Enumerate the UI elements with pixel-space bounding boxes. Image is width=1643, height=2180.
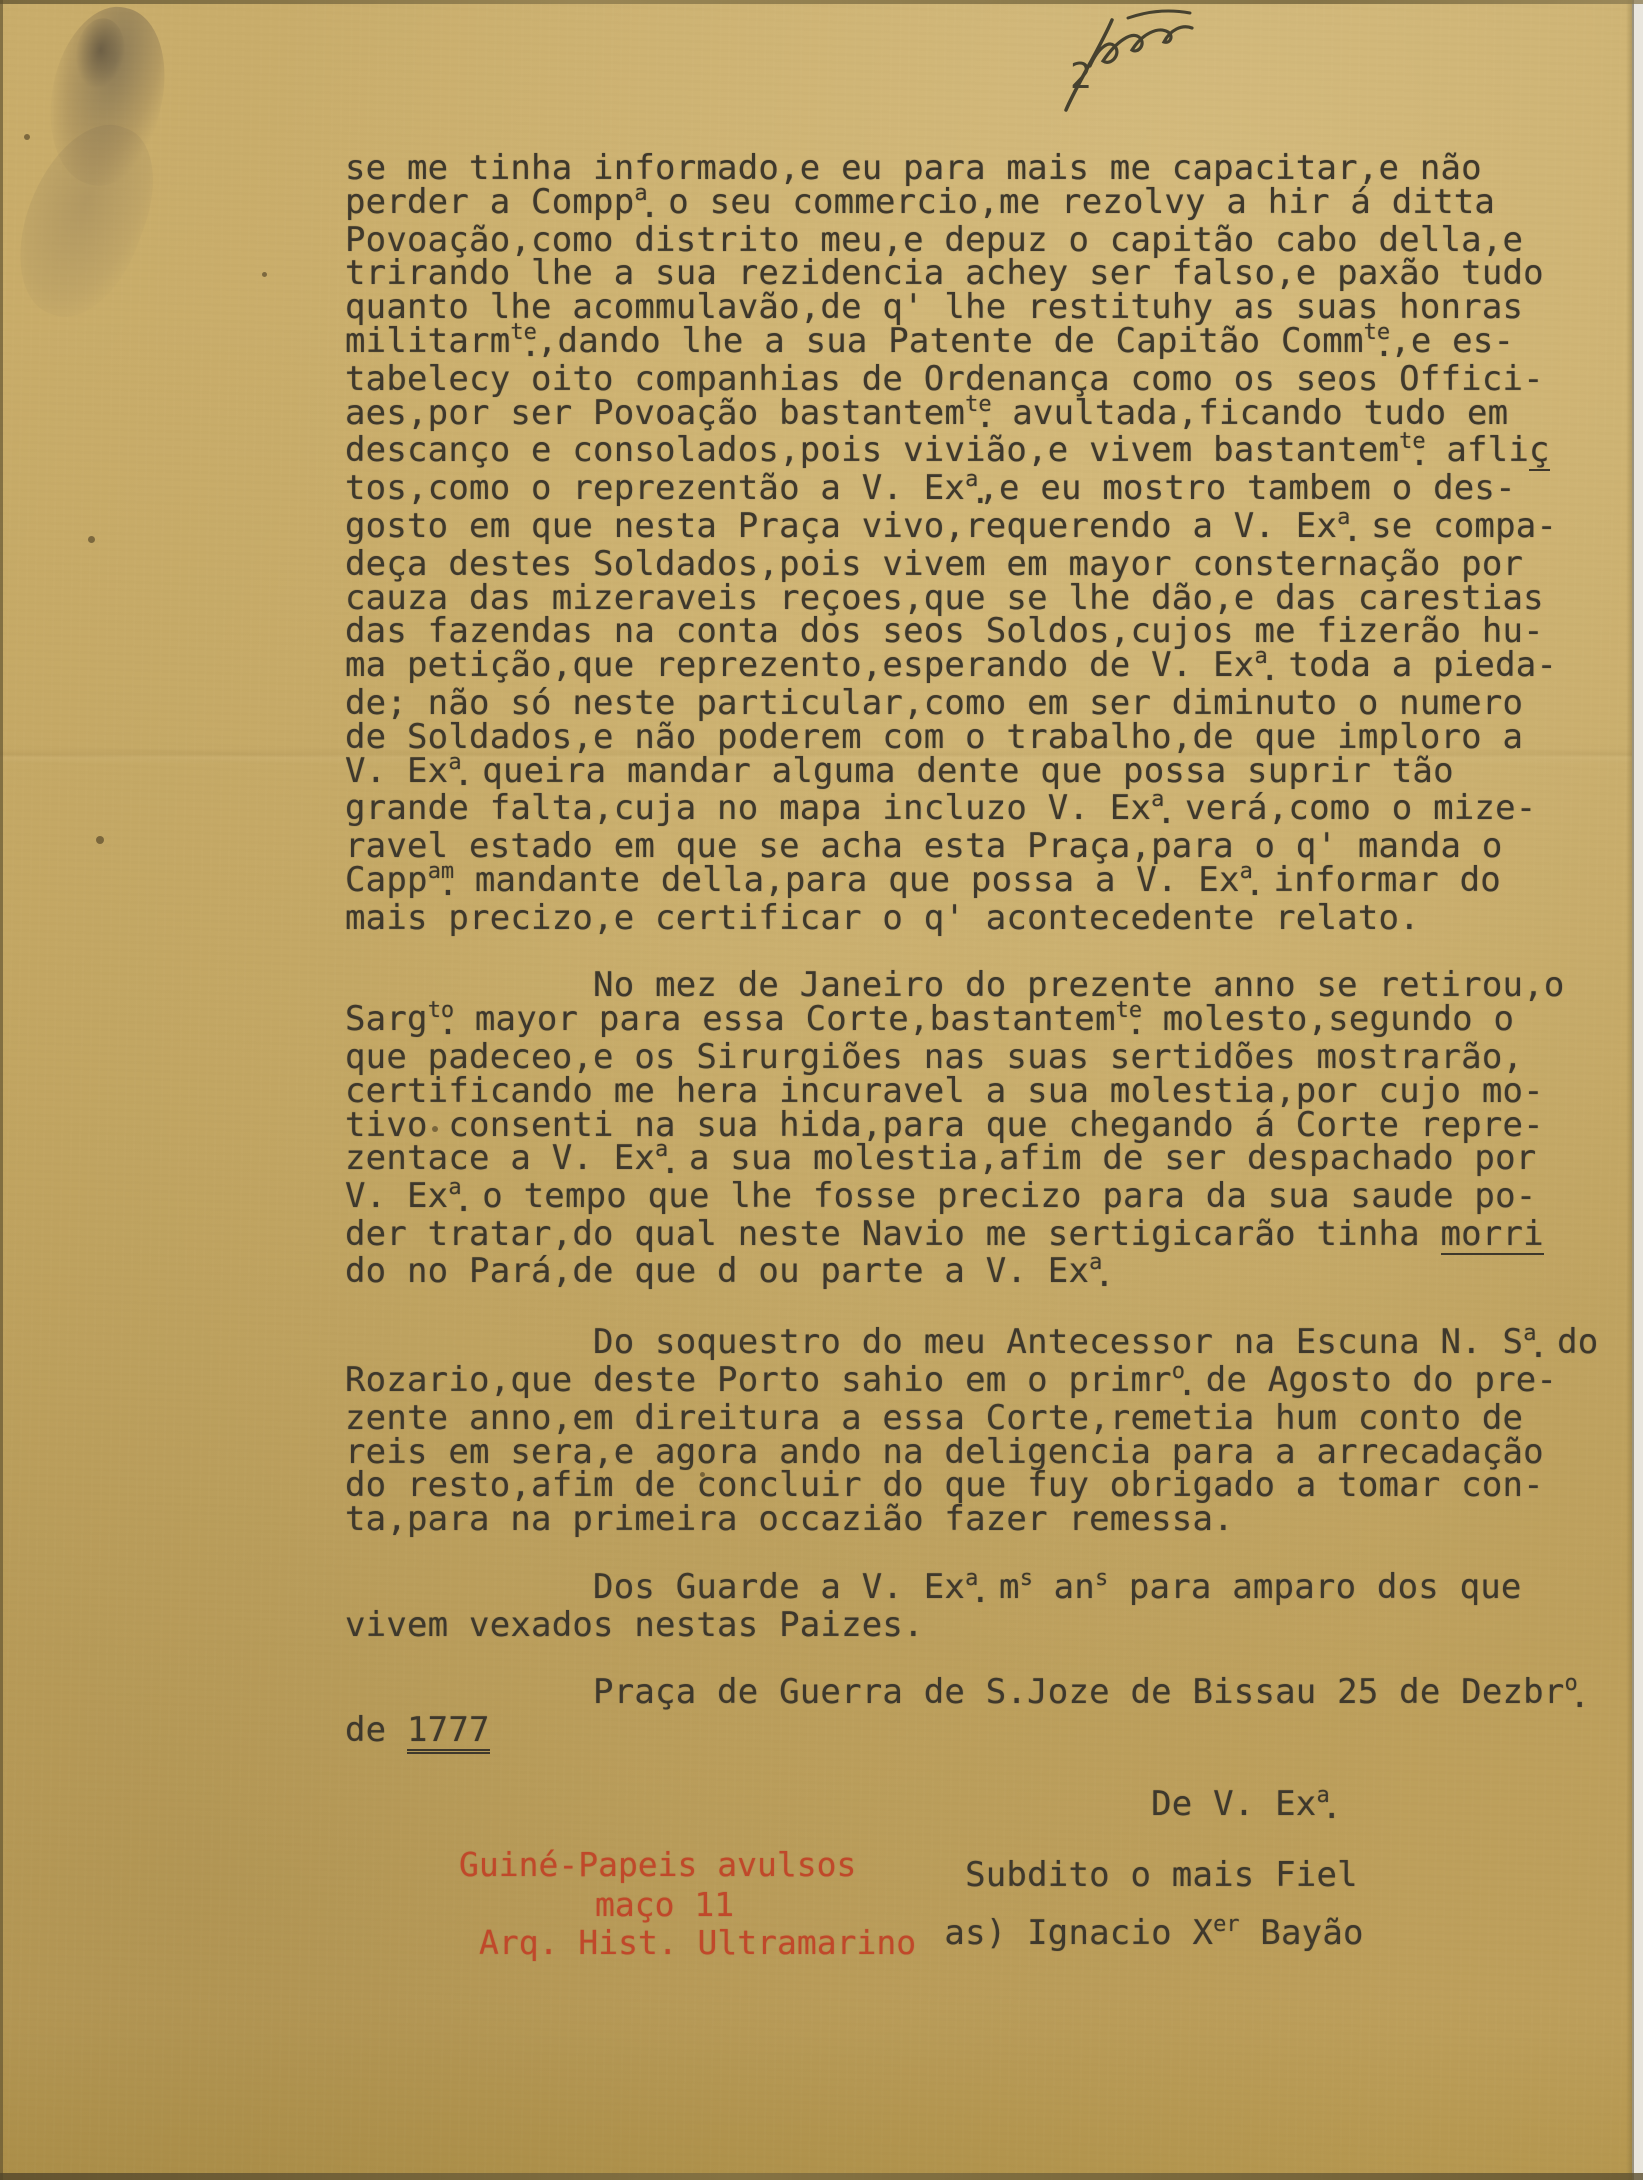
superscript: a. <box>1337 510 1350 548</box>
paragraph: se me tinha informado,e eu para mais me … <box>345 152 1643 936</box>
typed-line: que padeceo,e os Sirurgiões nas suas ser… <box>345 1041 1643 1075</box>
archive-stamp-line-2: maço 11 <box>595 1888 734 1922</box>
typed-line: De V. Exa. <box>345 1788 1643 1826</box>
typed-line: aes,por ser Povoação bastantemte. avulta… <box>345 397 1643 435</box>
paragraph: De V. Exa. <box>345 1788 1643 1826</box>
typed-line: do resto,afim de concluir do que fuy obr… <box>345 1469 1643 1503</box>
typed-line: Dos Guarde a V. Exa. ms ans para amparo … <box>345 1571 1643 1609</box>
superscript: a. <box>448 755 461 793</box>
paragraph: Do soquestro do meu Antecessor na Escuna… <box>345 1326 1643 1537</box>
typed-line: vivem vexados nestas Paizes. <box>345 1609 1643 1643</box>
typed-line: de; não só neste particular,como em ser … <box>345 687 1643 721</box>
paper-speck <box>88 536 95 543</box>
typed-line: No mez de Janeiro do prezente anno se re… <box>345 969 1643 1003</box>
pen-flourish-icon <box>1006 4 1201 119</box>
typed-line: Cappam. mandante della,para que possa a … <box>345 864 1643 902</box>
superscript: er <box>1213 1917 1240 1955</box>
typed-line: quanto lhe acommulavão,de q' lhe restitu… <box>345 291 1643 325</box>
superscript: to. <box>428 1003 455 1041</box>
superscript: a. <box>1089 1255 1102 1293</box>
paragraph: Dos Guarde a V. Exa. ms ans para amparo … <box>345 1571 1643 1643</box>
typed-line: deça destes Soldados,pois vivem em mayor… <box>345 548 1643 582</box>
scan-edge-top <box>0 0 1643 4</box>
archive-stamp-line-1: Guiné-Papeis avulsos <box>459 1848 856 1882</box>
folio-number: 2 <box>1070 56 1092 97</box>
typed-line: perder a Comppa. o seu commercio,me rezo… <box>345 186 1643 224</box>
superscript: a. <box>1151 792 1164 830</box>
typed-line: Praça de Guerra de S.Joze de Bissau 25 d… <box>345 1676 1643 1714</box>
typed-line: certificando me hera incuravel a sua mol… <box>345 1075 1643 1109</box>
superscript: te. <box>1116 1003 1143 1041</box>
typed-line: mais precizo,e certificar o q' aconteced… <box>345 902 1643 936</box>
document-page: 2 se me tinha informado,e eu para mais m… <box>0 0 1643 2180</box>
typed-line: militarmte.,dando lhe a sua Patente de C… <box>345 325 1643 363</box>
typed-line: de Soldados,e não poderem com o trabalho… <box>345 721 1643 755</box>
superscript: a. <box>634 186 647 224</box>
typed-line: Sargto. mayor para essa Corte,bastantemt… <box>345 1003 1643 1041</box>
superscript: a. <box>1316 1788 1329 1826</box>
superscript: te. <box>510 325 537 363</box>
superscript: te. <box>965 397 992 435</box>
superscript: te. <box>1399 434 1426 472</box>
superscript: a. <box>1254 649 1267 687</box>
typed-line: grande falta,cuja no mapa incluzo V. Exa… <box>345 792 1643 830</box>
typed-line: Rozario,que deste Porto sahio em o primr… <box>345 1364 1643 1402</box>
paper-speck <box>262 272 267 277</box>
typed-line: de 1777 <box>345 1714 1643 1754</box>
typed-line: tivo consenti na sua hida,para que chega… <box>345 1109 1643 1143</box>
typed-line: do no Pará,de que d ou parte a V. Exa. <box>345 1255 1643 1293</box>
superscript: a. <box>655 1142 668 1180</box>
typed-line: zentace a V. Exa. a sua molestia,afim de… <box>345 1142 1643 1180</box>
typed-line: ma petição,que reprezento,esperando de V… <box>345 649 1643 687</box>
typed-line: ravel estado em que se acha esta Praça,p… <box>345 830 1643 864</box>
typed-line: trirando lhe a sua rezidencia achey ser … <box>345 257 1643 291</box>
superscript: o. <box>1565 1676 1578 1714</box>
paper-speck <box>24 134 30 140</box>
typed-line: V. Exa. queira mandar alguma dente que p… <box>345 755 1643 793</box>
typed-line: Povoação,como distrito meu,e depuz o cap… <box>345 224 1643 258</box>
typed-line: ta,para na primeira occazião fazer remes… <box>345 1503 1643 1537</box>
superscript: a. <box>1240 864 1253 902</box>
typed-line: descanço e consolados,pois vivião,e vive… <box>345 434 1643 472</box>
paper-speck <box>96 836 104 844</box>
typed-line: das fazendas na conta dos seos Soldos,cu… <box>345 615 1643 649</box>
scan-edge-bottom <box>0 2173 1643 2180</box>
superscript: s <box>1095 1571 1108 1609</box>
typed-line: se me tinha informado,e eu para mais me … <box>345 152 1643 186</box>
typed-line: tos,como o reprezentão a V. Exa.,e eu mo… <box>345 472 1643 510</box>
superscript: a. <box>965 1571 978 1609</box>
typed-line: gosto em que nesta Praça vivo,requerendo… <box>345 510 1643 548</box>
typed-line: V. Exa. o tempo que lhe fosse precizo pa… <box>345 1180 1643 1218</box>
paragraph: Praça de Guerra de S.Joze de Bissau 25 d… <box>345 1676 1643 1754</box>
typed-line: der tratar,do qual neste Navio me sertig… <box>345 1218 1643 1255</box>
superscript: o. <box>1172 1364 1185 1402</box>
typed-line: tabelecy oito companhias de Ordenança co… <box>345 363 1643 397</box>
superscript: a. <box>1523 1326 1536 1364</box>
superscript: a. <box>448 1180 461 1218</box>
scan-edge-right <box>1632 0 1643 2180</box>
superscript: te. <box>1364 325 1391 363</box>
typed-line: reis em sera,e agora ando na deligencia … <box>345 1436 1643 1470</box>
superscript: am. <box>428 864 455 902</box>
typed-line: cauza das mizeraveis reçoes,que se lhe d… <box>345 582 1643 616</box>
paragraph: No mez de Janeiro do prezente anno se re… <box>345 969 1643 1292</box>
typed-line: Do soquestro do meu Antecessor na Escuna… <box>345 1326 1643 1364</box>
superscript: a. <box>965 472 978 510</box>
letter-body: se me tinha informado,e eu para mais me … <box>345 152 1643 1955</box>
superscript: s <box>1020 1571 1033 1609</box>
typed-line: zente anno,em direitura a essa Corte,rem… <box>345 1402 1643 1436</box>
archive-stamp-line-3: Arq. Hist. Ultramarino <box>479 1926 916 1960</box>
scan-edge-left <box>0 0 3 2180</box>
